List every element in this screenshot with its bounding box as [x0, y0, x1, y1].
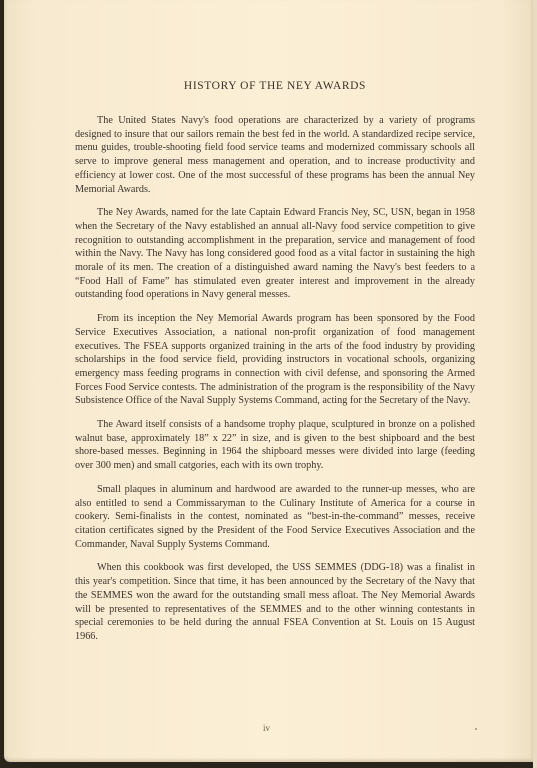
paragraph-fsea-sponsorship: From its inception the Ney Memorial Awar… — [75, 312, 475, 408]
document-page: HISTORY OF THE NEY AWARDS The United Sta… — [4, 0, 533, 762]
paper-speck — [475, 728, 477, 730]
page-number: iv — [263, 723, 270, 733]
page-content: HISTORY OF THE NEY AWARDS The United Sta… — [75, 80, 475, 654]
page-edge — [533, 0, 537, 768]
paragraph-runner-up-plaques: Small plaques in aluminum and hardwood a… — [75, 483, 475, 552]
paragraph-award-description: The Award itself consists of a handsome … — [75, 418, 475, 473]
paragraph-ney-awards-origin: The Ney Awards, named for the late Capta… — [75, 206, 475, 302]
paragraph-uss-semmes: When this cookbook was first developed, … — [75, 561, 475, 643]
paragraph-intro: The United States Navy's food operations… — [75, 114, 475, 196]
page-title: HISTORY OF THE NEY AWARDS — [75, 80, 475, 92]
